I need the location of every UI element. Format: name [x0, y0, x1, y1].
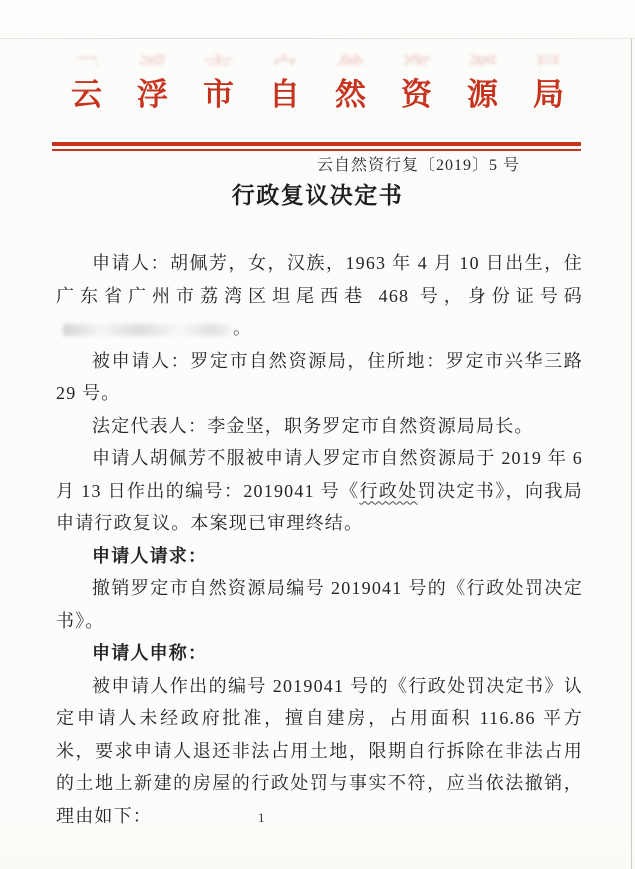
- case-intro-wavy-underline-text: 行政处: [359, 481, 417, 501]
- paragraph-claim-text: 被申请人作出的编号 2019041 号的《行政处罚决定书》认定申请人未经政府批准…: [56, 670, 583, 833]
- paragraph-request-text: 撤销罗定市自然资源局编号 2019041 号的《行政处罚决定书》。: [56, 572, 583, 637]
- document-body: 申请人：胡佩芳，女，汉族，1963 年 4 月 10 日出生，住广东省广州市荔湾…: [56, 247, 583, 832]
- paragraph-legal-representative: 法定代表人：李金坚，职务罗定市自然资源局局长。: [56, 410, 583, 443]
- redacted-line-period: 。: [233, 318, 252, 338]
- agency-name: 云浮市自然资源局: [0, 69, 635, 114]
- letterhead-rule-thick: [52, 142, 581, 146]
- page-number: 1: [258, 810, 265, 826]
- scan-artifact-right-edge-line: [631, 39, 632, 869]
- document-title: 行政复议决定书: [0, 177, 635, 210]
- paragraph-case-intro: 申请人胡佩芳不服被申请人罗定市自然资源局于 2019 年 6 月 13 日作出的…: [56, 442, 583, 540]
- redacted-id-line: 。: [56, 312, 583, 345]
- redaction-smudge: [63, 324, 233, 336]
- heading-applicant-claim: 申请人申称：: [56, 637, 583, 670]
- document-ref-number: 云自然资行复〔2019〕5 号: [0, 152, 520, 175]
- scan-artifact-top-line: [0, 38, 635, 39]
- paragraph-respondent: 被申请人：罗定市自然资源局，住所地：罗定市兴华三路 29 号。: [56, 345, 583, 410]
- applicant-text: 申请人：胡佩芳，女，汉族，1963 年 4 月 10 日出生，住广东省广州市荔湾…: [56, 253, 583, 306]
- scan-artifact-ghost-letterhead: 云浮市自然资源局: [0, 47, 635, 65]
- paragraph-applicant: 申请人：胡佩芳，女，汉族，1963 年 4 月 10 日出生，住广东省广州市荔湾…: [56, 247, 583, 312]
- letterhead-rule-thin: [52, 149, 581, 151]
- heading-applicant-request: 申请人请求：: [56, 540, 583, 573]
